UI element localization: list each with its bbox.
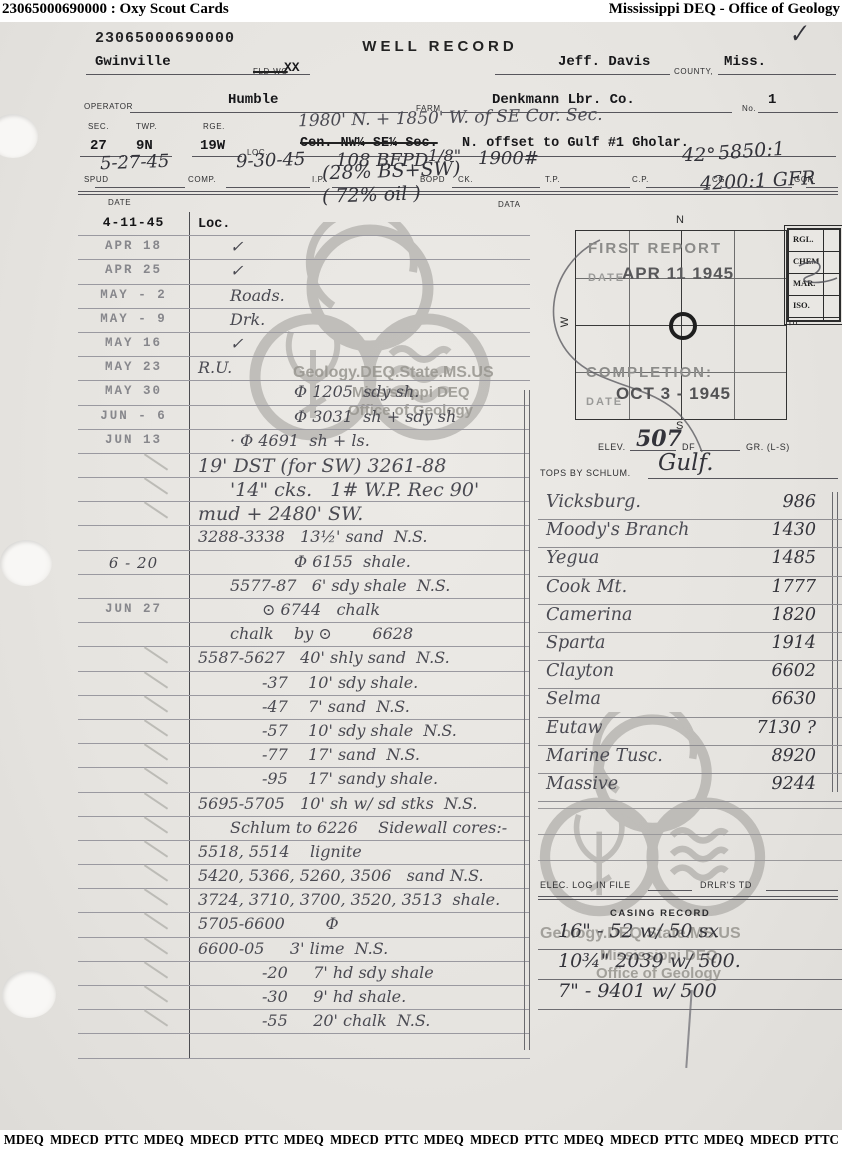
formation-name: Moody's Branch (546, 520, 689, 547)
margin-slash-mark (144, 768, 168, 785)
log-row: mud + 2480' SW. (78, 502, 530, 526)
log-entry-text: Φ 3031 sh + sdy sh (190, 406, 530, 429)
log-entry-text: -77 17' sand N.S. (190, 744, 530, 767)
log-date (78, 841, 190, 864)
formation-top-row: Yegua1485 (538, 548, 842, 576)
footer-token: PTTC (384, 1133, 418, 1149)
footer-token: MDECD (470, 1133, 519, 1149)
log-entry-text: ⊙ 6744 chalk (190, 599, 530, 622)
formation-depth: 6630 (771, 689, 816, 716)
log-row: chalk by ⊙ 6628 (78, 623, 530, 647)
log-date (78, 672, 190, 695)
well-number-stamp: 23065000690000 (95, 30, 235, 47)
gravity-value: 42° (682, 144, 716, 166)
formation-name: Selma (546, 689, 601, 716)
log-date (78, 720, 190, 743)
log-row: 5420, 5366, 5260, 3506 sand N.S. (78, 865, 530, 889)
log-row: JUN - 6Φ 3031 sh + sdy sh (78, 406, 530, 430)
log-entry-text: mud + 2480' SW. (190, 502, 530, 525)
log-date (78, 744, 190, 767)
log-row: -57 10' sdy shale N.S. (78, 720, 530, 744)
formation-name: Cook Mt. (546, 577, 627, 604)
log-row: 5587-5627 40' shly sand N.S. (78, 647, 530, 671)
log-entry-text: chalk by ⊙ 6628 (190, 623, 530, 646)
margin-slash-mark (144, 671, 168, 688)
footer-token: PTTC (104, 1133, 138, 1149)
formation-depth: 986 (783, 492, 816, 519)
page-footer: MDEQMDECDPTTCMDEQMDECDPTTCMDEQMDECDPTTCM… (0, 1130, 842, 1151)
header-left-text: 23065000690000 : Oxy Scout Cards (2, 1, 229, 18)
margin-slash-mark (144, 913, 168, 930)
formation-name: Eutaw (546, 718, 603, 745)
formation-depth: 6602 (771, 661, 816, 688)
formation-top-row: Massive9244 (538, 774, 842, 802)
log-row: -37 10' sdy shale. (78, 672, 530, 696)
margin-slash-mark (144, 985, 168, 1002)
footer-token: PTTC (664, 1133, 698, 1149)
log-date (78, 454, 190, 477)
drlrs-td-label: DRLR'S TD (700, 880, 752, 890)
loc-handwritten: 1980' N. + 1850' W. of SE Cor. Sec. (298, 105, 603, 131)
log-date (78, 647, 190, 670)
column-divider (524, 390, 530, 1050)
completion-date: OCT 3 - 1945 (616, 384, 731, 404)
log-row: 5695-5705 10' sh w/ sd stks N.S. (78, 793, 530, 817)
field-overtype: XX (284, 60, 300, 75)
formation-depth: 1820 (771, 605, 816, 632)
log-entry-text: ✓ (190, 333, 530, 356)
header-right-text: Mississippi DEQ - Office of Geology (609, 1, 840, 18)
log-row: -95 17' sandy shale. (78, 768, 530, 792)
legend-iso: ISO. (789, 296, 839, 318)
log-entry-text: 6600-05 3' lime N.S. (190, 938, 530, 961)
log-entry-text: 19' DST (for SW) 3261-88 (190, 454, 530, 477)
log-entry-text: -57 10' sdy shale N.S. (190, 720, 530, 743)
formation-top-row: Eutaw7130 ? (538, 718, 842, 746)
footer-token: MDECD (610, 1133, 659, 1149)
log-row: JUN 13· Φ 4691 sh + ls. (78, 430, 530, 454)
log-date (78, 478, 190, 501)
log-entry-text (190, 1034, 530, 1057)
elev-label: ELEV. (598, 442, 626, 452)
margin-slash-mark (144, 864, 168, 881)
margin-slash-mark (144, 453, 168, 470)
page-header: 23065000690000 : Oxy Scout Cards Mississ… (0, 0, 842, 22)
log-row: APR 25✓ (78, 260, 530, 284)
log-entry-text: · Φ 4691 sh + ls. (190, 430, 530, 453)
log-entry-text: 5705-6600 Φ (190, 913, 530, 936)
operator-value: Humble (228, 92, 278, 108)
formation-top-row: Moody's Branch1430 (538, 520, 842, 548)
log-entry-text: 3724, 3710, 3700, 3520, 3513 shale. (190, 889, 530, 912)
log-row (78, 1034, 530, 1058)
footer-token: MDEQ (144, 1133, 184, 1149)
log-entry-text: 3288-3338 13½' sand N.S. (190, 526, 530, 549)
margin-slash-mark (144, 502, 168, 519)
formation-name: Yegua (546, 548, 599, 575)
legend-rgl: RGL. (789, 230, 839, 252)
log-date: 6 - 20 (78, 551, 190, 574)
log-date: MAY - 9 (78, 309, 190, 332)
tops-source: Gulf. (658, 450, 714, 476)
log-row: 6 - 20Φ 6155 shale. (78, 551, 530, 575)
formation-name: Vicksburg. (546, 492, 641, 519)
punch-hole (2, 970, 56, 1018)
log-entry-text: 5518, 5514 lignite (190, 841, 530, 864)
cp-label: C.P. (632, 175, 649, 184)
log-entry-text: ✓ (190, 236, 530, 259)
log-row: JUN 27⊙ 6744 chalk (78, 599, 530, 623)
rge-label: RGE. (203, 122, 225, 131)
log-date (78, 793, 190, 816)
log-row: MAY - 9Drk. (78, 309, 530, 333)
log-entry-text: -20 7' hd sdy shale (190, 962, 530, 985)
county-name: Jeff. Davis (558, 54, 650, 70)
log-entry-text: R.U. (190, 357, 530, 380)
margin-slash-mark (144, 1010, 168, 1027)
footer-token: MDEQ (284, 1133, 324, 1149)
formation-top-row: Camerina1820 (538, 605, 842, 633)
margin-slash-mark (144, 743, 168, 760)
comp-label: COMP. (188, 175, 216, 184)
log-date (78, 962, 190, 985)
log-date (78, 817, 190, 840)
log-date (78, 575, 190, 598)
log-date (78, 768, 190, 791)
log-entry-text: ✓ (190, 260, 530, 283)
log-date (78, 986, 190, 1009)
footer-token: PTTC (244, 1133, 278, 1149)
log-date: APR 25 (78, 260, 190, 283)
log-date: JUN 27 (78, 599, 190, 622)
twp-label: TWP. (136, 122, 157, 131)
log-row: -47 7' sand N.S. (78, 696, 530, 720)
elec-log-label: ELEC. LOG IN FILE (540, 880, 631, 890)
operator-label: OPERATOR (84, 102, 133, 111)
log-row: '14" cks. 1# W.P. Rec 90' (78, 478, 530, 502)
log-date: MAY 16 (78, 333, 190, 356)
state-name: Miss. (724, 54, 766, 70)
formation-depth: 1485 (771, 548, 816, 575)
footer-token: MDECD (50, 1133, 99, 1149)
log-row: 6600-05 3' lime N.S. (78, 938, 530, 962)
log-entry-text: -95 17' sandy shale. (190, 768, 530, 791)
log-entry-text: 5695-5705 10' sh w/ sd stks N.S. (190, 793, 530, 816)
log-entry-text: 5577-87 6' sdy shale N.S. (190, 575, 530, 598)
date-header: DATE (108, 198, 131, 207)
comp-date: 9-30-45 (236, 149, 306, 172)
elev-value: 507 (636, 426, 682, 452)
formation-name: Sparta (546, 633, 605, 660)
log-entry-text: 5587-5627 40' shly sand N.S. (190, 647, 530, 670)
well-no-value: 1 (768, 92, 776, 108)
footer-token: MDECD (330, 1133, 379, 1149)
formation-name: Camerina (546, 605, 632, 632)
data-header: DATA (498, 200, 521, 209)
margin-slash-mark (144, 477, 168, 494)
log-row: MAY 30Φ 1205 sdy sh. (78, 381, 530, 405)
tops-by-schlum-label: TOPS BY SCHLUM. (540, 468, 631, 478)
well-no-label: No. (742, 104, 756, 113)
log-date: JUN 13 (78, 430, 190, 453)
log-date (78, 889, 190, 912)
log-entry-text: -37 10' sdy shale. (190, 672, 530, 695)
map-legend: RGL. CHEM MAR. ISO. (787, 228, 841, 322)
formation-depth: 1914 (771, 633, 816, 660)
punch-hole (0, 114, 38, 158)
log-row: 19' DST (for SW) 3261-88 (78, 454, 530, 478)
casing-line: 10¾" 2039 w/ 500. (538, 950, 842, 980)
tp-label: T.P. (545, 175, 560, 184)
casing-line: 16" - 52 w/ 50 sx (538, 920, 842, 950)
formation-depth: 9244 (771, 774, 816, 801)
legend-scribble (785, 252, 842, 296)
punch-hole (0, 540, 52, 586)
well-record-card: Geology.DEQ.State.MS.US Mississippi DEQ … (0, 22, 842, 1130)
log-date: MAY - 2 (78, 285, 190, 308)
elev-gr-label: GR. (L-S) (746, 442, 790, 452)
formation-top-row: Clayton6602 (538, 661, 842, 689)
formation-depth: 1430 (771, 520, 816, 547)
log-row: 5577-87 6' sdy shale N.S. (78, 575, 530, 599)
footer-token: MDEQ (564, 1133, 604, 1149)
margin-slash-mark (144, 816, 168, 833)
log-row: -77 17' sand N.S. (78, 744, 530, 768)
margin-slash-mark (144, 840, 168, 857)
tp-value: 1900# (478, 148, 539, 169)
footer-token: PTTC (524, 1133, 558, 1149)
log-row: -30 9' hd shale. (78, 986, 530, 1010)
sec-label: SEC. (88, 122, 109, 131)
margin-slash-mark (144, 889, 168, 906)
log-rows: 4-11-45Loc.APR 18✓APR 25✓MAY - 2Roads.MA… (78, 212, 530, 1059)
log-row: 3288-3338 13½' sand N.S. (78, 526, 530, 550)
formation-depth: 8920 (771, 746, 816, 773)
log-row: MAY - 2Roads. (78, 285, 530, 309)
log-date: MAY 23 (78, 357, 190, 380)
log-entry-text: Schlum to 6226 Sidewall cores:- (190, 817, 530, 840)
spud-label: SPUD (84, 175, 109, 184)
log-date: JUN - 6 (78, 406, 190, 429)
log-entry-text: -47 7' sand N.S. (190, 696, 530, 719)
log-date (78, 865, 190, 888)
log-entry-text: Roads. (190, 285, 530, 308)
county-label: COUNTY, (674, 67, 713, 76)
log-entry-text: Loc. (190, 212, 530, 235)
formation-name: Clayton (546, 661, 614, 688)
log-entry-text: -30 9' hd shale. (190, 986, 530, 1009)
log-entry-text: '14" cks. 1# W.P. Rec 90' (190, 478, 530, 501)
spud-date: 5-27-45 (100, 151, 170, 174)
footer-token: MDEQ (4, 1133, 44, 1149)
log-entry-text: 5420, 5366, 5260, 3506 sand N.S. (190, 865, 530, 888)
log-entry-text: Φ 6155 shale. (190, 551, 530, 574)
log-row: -55 20' chalk N.S. (78, 1010, 530, 1034)
casing-record-title: CASING RECORD (610, 908, 710, 919)
formation-depth: 7130 ? (757, 718, 816, 745)
log-date (78, 913, 190, 936)
formation-name: Massive (546, 774, 618, 801)
loc-struck: Cen. NW¼ SE¼ Sec. (300, 136, 438, 151)
log-date (78, 1034, 190, 1057)
rge-value: 19W (200, 138, 225, 154)
sec-value: 27 (90, 138, 107, 154)
log-row: APR 18✓ (78, 236, 530, 260)
formation-depth: 1777 (771, 577, 816, 604)
footer-token: MDECD (190, 1133, 239, 1149)
footer-token: MDEQ (424, 1133, 464, 1149)
log-date (78, 502, 190, 525)
log-row: 4-11-45Loc. (78, 212, 530, 236)
footer-token: MDECD (750, 1133, 799, 1149)
gor-value: 5850:1 (717, 138, 785, 165)
first-report-stamp: FIRST REPORT (588, 240, 722, 257)
card-title: WELL RECORD (330, 38, 550, 55)
formation-top-row: Selma6630 (538, 689, 842, 717)
field-label: FLD-WC (253, 67, 288, 76)
log-row: MAY 23R.U. (78, 357, 530, 381)
margin-slash-mark (144, 792, 168, 809)
formation-top-row: Sparta1914 (538, 633, 842, 661)
first-report-date: APR 11 1945 (622, 264, 734, 284)
log-date (78, 1010, 190, 1033)
margin-slash-mark (144, 719, 168, 736)
log-row: 3724, 3710, 3700, 3520, 3513 shale. (78, 889, 530, 913)
formation-top-row: Cook Mt.1777 (538, 577, 842, 605)
log-row: Schlum to 6226 Sidewall cores:- (78, 817, 530, 841)
log-entry-text: -55 20' chalk N.S. (190, 1010, 530, 1033)
field-name: Gwinville (95, 54, 171, 70)
check-mark: ✓ (786, 18, 811, 49)
log-date (78, 623, 190, 646)
margin-slash-mark (144, 647, 168, 664)
log-date: MAY 30 (78, 381, 190, 404)
formation-top-row: Marine Tusc.8920 (538, 746, 842, 774)
formation-name: Marine Tusc. (546, 746, 663, 773)
log-date (78, 938, 190, 961)
log-entry-text: Drk. (190, 309, 530, 332)
footer-token: PTTC (804, 1133, 838, 1149)
formation-tops: Vicksburg.986Moody's Branch1430Yegua1485… (538, 492, 842, 802)
formation-top-row: Vicksburg.986 (538, 492, 842, 520)
log-entry-text: Φ 1205 sdy sh. (190, 381, 530, 404)
first-report-date-label: DATE (588, 272, 625, 284)
log-row: MAY 16✓ (78, 333, 530, 357)
log-date (78, 696, 190, 719)
margin-slash-mark (144, 937, 168, 954)
margin-slash-mark (144, 961, 168, 978)
log-date: 4-11-45 (78, 212, 190, 235)
margin-slash-mark (144, 695, 168, 712)
completion-stamp: COMPLETION: (586, 364, 713, 381)
log-row: 5518, 5514 lignite (78, 841, 530, 865)
footer-token: MDEQ (704, 1133, 744, 1149)
log-date (78, 526, 190, 549)
log-row: -20 7' hd sdy shale (78, 962, 530, 986)
log-row: 5705-6600 Φ (78, 913, 530, 937)
log-date: APR 18 (78, 236, 190, 259)
data-note-line2: ( 72% oil ) (322, 182, 421, 207)
